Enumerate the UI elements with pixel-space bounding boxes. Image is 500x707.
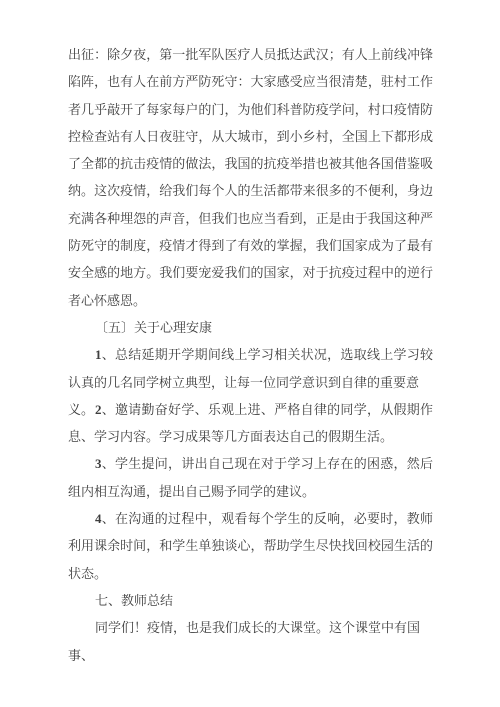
text-run: 〔五〕关于心理安康 <box>95 320 212 335</box>
text-line: 安全感的地方。我们要宠爱我们的国家，对于抗疫过程中的逆行 <box>68 259 433 286</box>
text-line: 陷阵，也有人在前方严防死守：大家感受应当很清楚，驻村工作 <box>68 68 433 95</box>
text-run: 、邀请勤奋好学、乐观上进、严格自律的同学，从假期作 <box>102 402 434 417</box>
text-line: 控检查站有人日夜驻守，从大城市，到小乡村，全国上下都形成 <box>68 123 433 150</box>
text-run: 利用课余时间，和学生单独谈心，帮助学生尽快找回校园生活的 <box>68 538 433 553</box>
text-line: 防死守的制度，疫情才得到了有效的掌握，我们国家成为了最有 <box>68 232 433 259</box>
text-line: 者心怀感恩。 <box>68 287 433 314</box>
text-run: 息、学习内容。学习成果等几方面表达自己的假期生活。 <box>68 429 393 444</box>
text-line: 4、在沟通的过程中，观看每个学生的反响，必要时，教师 <box>68 505 433 532</box>
text-line: 3、学生提问，讲出自己现在对于学习上存在的困惑，然后 <box>68 450 433 477</box>
text-run: 同学们！疫情，也是我们成长的大课堂。这个课堂中有国事、 <box>68 620 420 662</box>
text-line: 出征：除夕夜，第一批军队医疗人员抵达武汉；有人上前线冲锋 <box>68 41 433 68</box>
document-page: 出征：除夕夜，第一批军队医疗人员抵达武汉；有人上前线冲锋陷阵，也有人在前方严防死… <box>0 0 500 707</box>
text-run: 、学生提问，讲出自己现在对于学习上存在的困惑，然后 <box>102 456 434 471</box>
text-run: 纳。这次疫情，给我们每个人的生活都带来很多的不便利，身边 <box>68 183 433 198</box>
text-line: 纳。这次疫情，给我们每个人的生活都带来很多的不便利，身边 <box>68 177 433 204</box>
text-run: 、在沟通的过程中，观看每个学生的反响，必要时，教师 <box>102 511 434 526</box>
text-run: 者心怀感恩。 <box>68 293 146 308</box>
text-run: 陷阵，也有人在前方严防死守：大家感受应当很清楚，驻村工作 <box>68 74 433 89</box>
text-run: 充满各种埋怨的声音，但我们也应当看到，正是由于我国这种严 <box>68 211 433 226</box>
document-body: 出征：除夕夜，第一批军队医疗人员抵达武汉；有人上前线冲锋陷阵，也有人在前方严防死… <box>68 41 433 642</box>
text-line: 组内相互沟通，提出自己赐予同学的建议。 <box>68 478 433 505</box>
text-line: 者几乎敲开了每家每户的门，为他们科普防疫学问，村口疫情防 <box>68 96 433 123</box>
text-line: 〔五〕关于心理安康 <box>68 314 433 341</box>
text-line: 了全都的抗击疫情的做法，我国的抗疫举措也被其他各国借鉴吸 <box>68 150 433 177</box>
text-run: 状态。 <box>68 566 107 581</box>
text-line: 利用课余时间，和学生单独谈心，帮助学生尽快找回校园生活的 <box>68 532 433 559</box>
text-line: 认真的几名同学树立典型，让每一位同学意识到自律的重要意义。 <box>68 369 433 396</box>
text-run: 、总结延期开学期间线上学习相关状况，选取线上学习较 <box>102 347 434 362</box>
text-run: 安全感的地方。我们要宠爱我们的国家，对于抗疫过程中的逆行 <box>68 265 433 280</box>
text-line: 充满各种埋怨的声音，但我们也应当看到，正是由于我国这种严 <box>68 205 433 232</box>
text-run: 者几乎敲开了每家每户的门，为他们科普防疫学问，村口疫情防 <box>68 102 433 117</box>
text-run: 了全都的抗击疫情的做法，我国的抗疫举措也被其他各国借鉴吸 <box>68 156 433 171</box>
text-line: 状态。 <box>68 560 433 587</box>
text-run: 组内相互沟通，提出自己赐予同学的建议。 <box>68 484 315 499</box>
text-run: 七、教师总结 <box>95 593 173 608</box>
text-line: 同学们！疫情，也是我们成长的大课堂。这个课堂中有国事、 <box>68 614 433 641</box>
text-line: 七、教师总结 <box>68 587 433 614</box>
text-run: 出征：除夕夜，第一批军队医疗人员抵达武汉；有人上前线冲锋 <box>68 47 433 62</box>
text-line: 2、邀请勤奋好学、乐观上进、严格自律的同学，从假期作 <box>68 396 433 423</box>
text-run: 控检查站有人日夜驻守，从大城市，到小乡村，全国上下都形成 <box>68 129 433 144</box>
text-line: 息、学习内容。学习成果等几方面表达自己的假期生活。 <box>68 423 433 450</box>
text-run: 防死守的制度，疫情才得到了有效的掌握，我们国家成为了最有 <box>68 238 433 253</box>
text-line: 1、总结延期开学期间线上学习相关状况，选取线上学习较 <box>68 341 433 368</box>
